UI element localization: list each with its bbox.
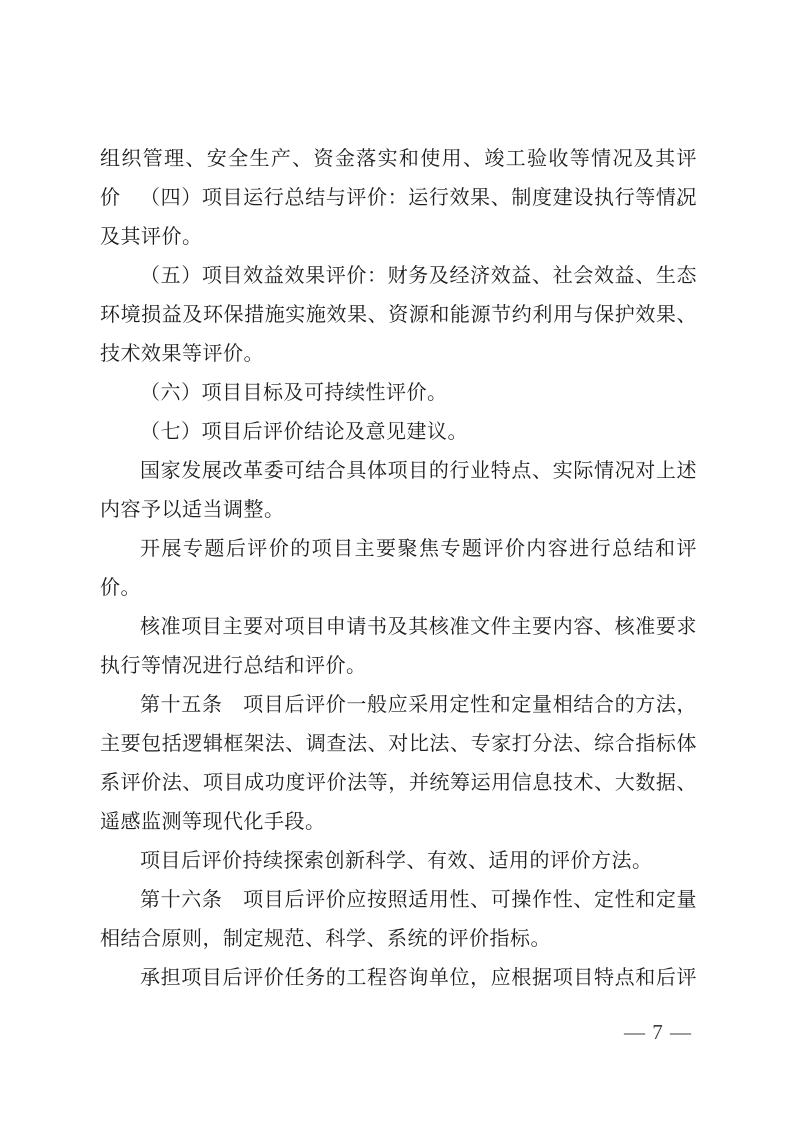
text-line: 主要包括逻辑框架法、调查法、对比法、专家打分法、综合指标体 bbox=[100, 725, 697, 764]
text-line: 执行等情况进行总结和评价。 bbox=[100, 647, 697, 686]
text-line: （六）项目目标及可持续性评价。 bbox=[100, 374, 697, 413]
text-line: （四）项目运行总结与评价：运行效果、制度建设执行等情况 bbox=[100, 179, 697, 218]
text-line: 核准项目主要对项目申请书及其核准文件主要内容、核准要求 bbox=[100, 608, 697, 647]
text-line: 系评价法、项目成功度评价法等，并统筹运用信息技术、大数据、 bbox=[100, 764, 697, 803]
document-page: 组织管理、安全生产、资金落实和使用、竣工验收等情况及其评价。 （四）项目运行总结… bbox=[0, 0, 793, 1122]
text-line: 开展专题后评价的项目主要聚焦专题评价内容进行总结和评 bbox=[100, 530, 697, 569]
text-line: 及其评价。 bbox=[100, 218, 697, 257]
text-line: 价。 bbox=[100, 569, 697, 608]
text-line: 内容予以适当调整。 bbox=[100, 491, 697, 530]
text-line: 第十五条 项目后评价一般应采用定性和定量相结合的方法， bbox=[100, 686, 697, 725]
text-line: 组织管理、安全生产、资金落实和使用、竣工验收等情况及其评价。 bbox=[100, 140, 697, 179]
text-line: 遥感监测等现代化手段。 bbox=[100, 803, 697, 842]
text-line: 相结合原则，制定规范、科学、系统的评价指标。 bbox=[100, 920, 697, 959]
document-body: 组织管理、安全生产、资金落实和使用、竣工验收等情况及其评价。 （四）项目运行总结… bbox=[100, 140, 697, 998]
page-number: — 7 — bbox=[100, 1013, 692, 1052]
text-line: （七）项目后评价结论及意见建议。 bbox=[100, 413, 697, 452]
text-line: （五）项目效益效果评价：财务及经济效益、社会效益、生态 bbox=[100, 257, 697, 296]
text-line: 环境损益及环保措施实施效果、资源和能源节约利用与保护效果、 bbox=[100, 296, 697, 335]
text-line: 国家发展改革委可结合具体项目的行业特点、实际情况对上述 bbox=[100, 452, 697, 491]
text-line: 项目后评价持续探索创新科学、有效、适用的评价方法。 bbox=[100, 842, 697, 881]
text-line: 第十六条 项目后评价应按照适用性、可操作性、定性和定量 bbox=[100, 881, 697, 920]
text-line: 承担项目后评价任务的工程咨询单位，应根据项目特点和后评 bbox=[100, 959, 697, 998]
text-line: 技术效果等评价。 bbox=[100, 335, 697, 374]
